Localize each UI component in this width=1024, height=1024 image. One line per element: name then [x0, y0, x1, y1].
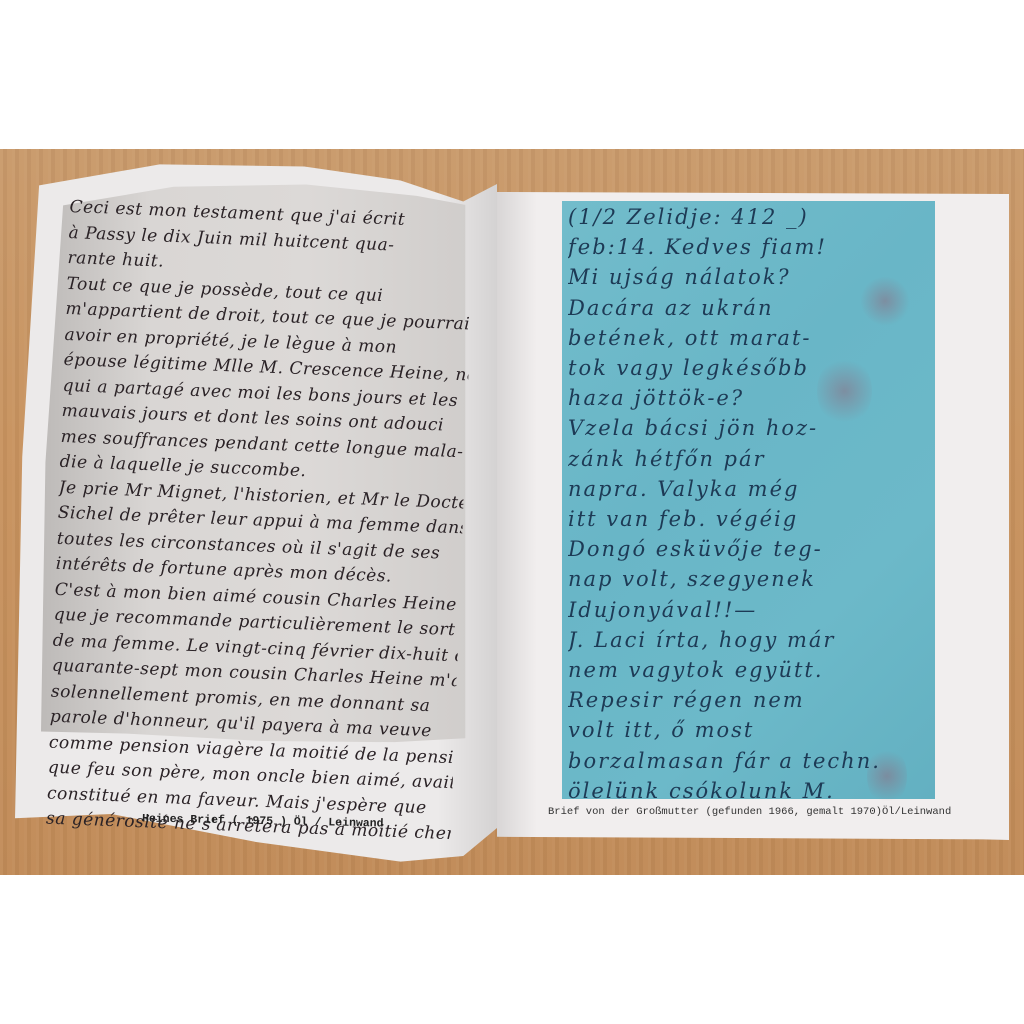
letter-line: nap volt, szegyenek — [568, 564, 928, 594]
letter-line: ölelünk csókolunk M. — [568, 776, 928, 806]
heine-letter-text: Ceci est mon testament que j'ai écrit à … — [46, 195, 475, 848]
grandmother-letter-text: (1/2 Zelidje: 412 _) feb:14. Kedves fiam… — [568, 202, 928, 806]
letter-line: borzalmasan fár a techn. — [568, 746, 928, 776]
letter-line: tok vagy legkésőbb — [568, 353, 928, 383]
letter-line: Mi ujság nálatok? — [568, 262, 928, 292]
letter-line: nem vagytok együtt. — [568, 655, 928, 685]
letter-line: Vzela bácsi jön hoz- — [568, 413, 928, 443]
letter-line: Dongó esküvője teg- — [568, 534, 928, 564]
letter-line: napra. Valyka még — [568, 474, 928, 504]
letter-line: betének, ott marat- — [568, 323, 928, 353]
letter-line: Repesir régen nem — [568, 685, 928, 715]
page-gutter-shadow — [497, 192, 537, 840]
letter-line: itt van feb. végéig — [568, 504, 928, 534]
letter-line: zánk hétfőn pár — [568, 444, 928, 474]
letter-line: J. Laci írta, hogy már — [568, 625, 928, 655]
right-artwork-caption: Brief von der Großmutter (gefunden 1966,… — [548, 806, 951, 818]
letter-line: feb:14. Kedves fiam! — [568, 232, 928, 262]
letter-line: volt itt, ő most — [568, 715, 928, 745]
letter-line: Idujonyával!!— — [568, 595, 928, 625]
letter-line: (1/2 Zelidje: 412 _) — [568, 202, 928, 232]
letter-line: Dacára az ukrán — [568, 293, 928, 323]
letter-line: haza jöttök-e? — [568, 383, 928, 413]
